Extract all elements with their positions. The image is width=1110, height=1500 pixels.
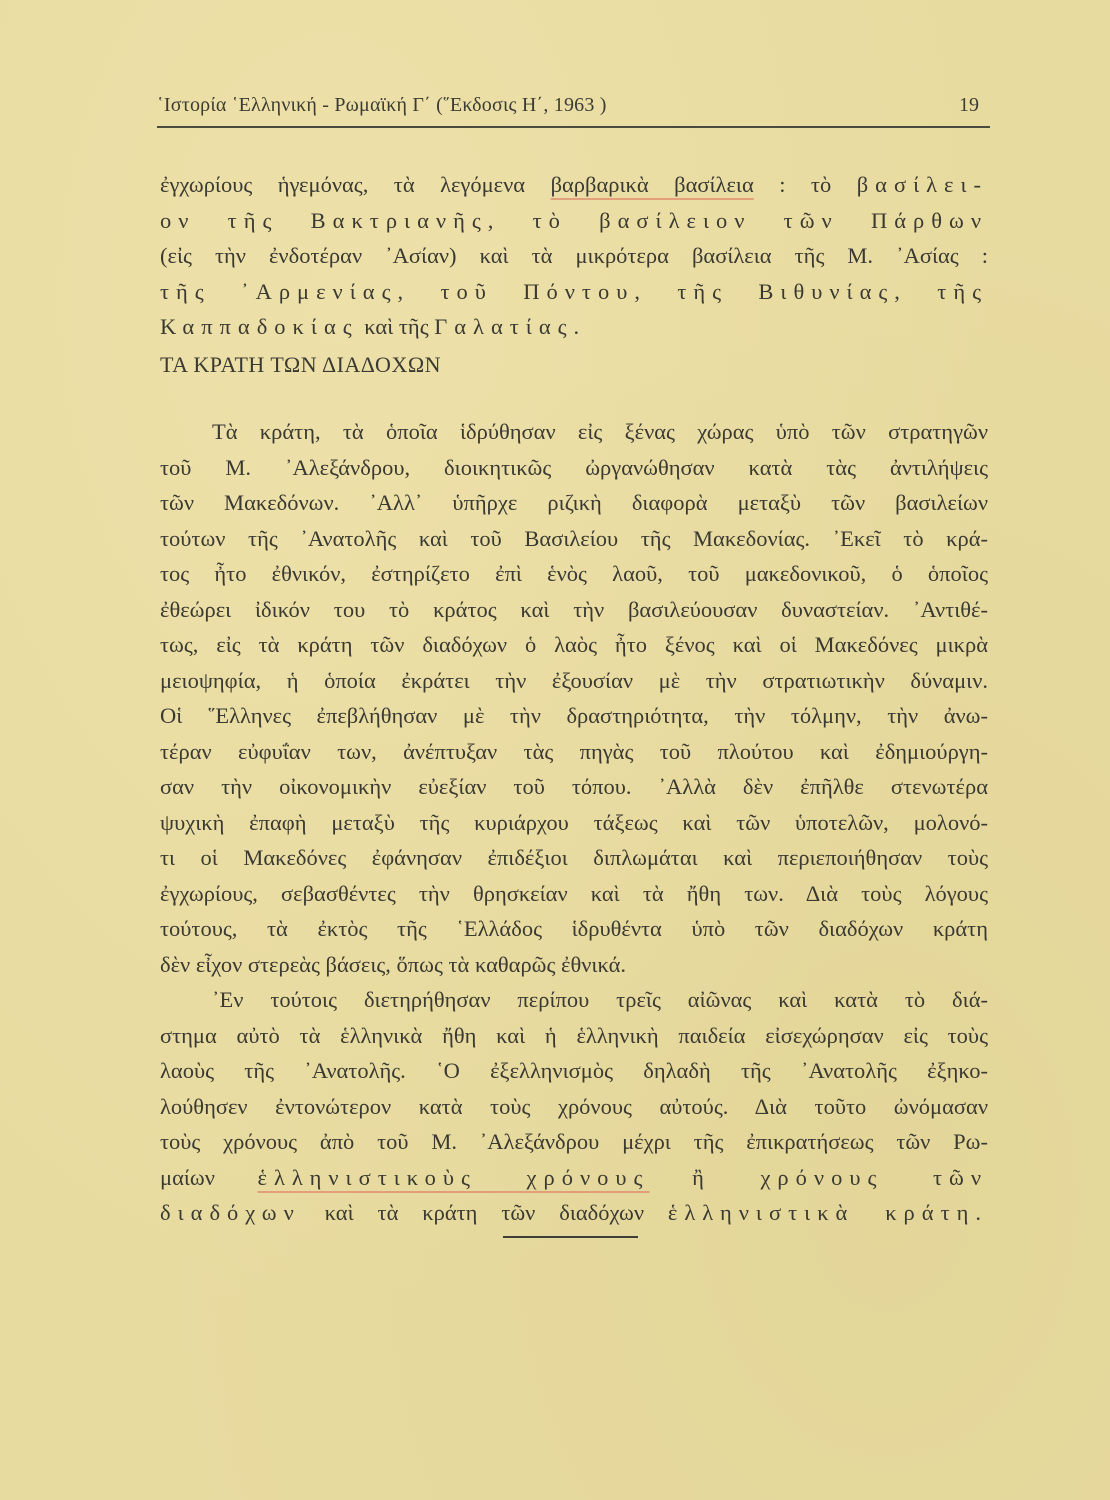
text-line: τοὺς χρόνους ἀπὸ τοῦ Μ. ᾽Αλεξάνδρου μέχρ…	[160, 1124, 988, 1160]
text-line: ἐγχωρίους ἡγεμόνας, τὰ λεγόμενα βαρβαρικ…	[160, 167, 988, 203]
text-segment: ἐγχωρίους ἡγεμόνας, τὰ λεγόμενα	[160, 172, 525, 197]
spaced-text: διαδόχων	[160, 1200, 301, 1225]
text-line: ἐθεώρει ἰδικόν του τὸ κράτος καὶ τὴν βασ…	[160, 592, 988, 628]
text-line: ον τῆς Βακτριανῆς, τὸ βασίλειον τῶν Πάρθ…	[160, 203, 988, 239]
text-line: τι οἱ Μακεδόνες ἐφάνησαν ἐπιδέξιοι διπλω…	[160, 840, 988, 876]
book-title: ῾Ιστορία ῾Ελληνική - Ρωμαϊκή Γ΄ (῞Εκδοσι…	[157, 94, 607, 117]
spaced-text: Καππαδοκίας	[160, 314, 359, 339]
scanned-page: ῾Ιστορία ῾Ελληνική - Ρωμαϊκή Γ΄ (῞Εκδοσι…	[0, 0, 1110, 1500]
spaced-text: ἢ χρόνους τῶν	[692, 1165, 988, 1190]
text-line: σαν τὴν οἰκονομικὴν εὐεξίαν τοῦ τόπου. ᾽…	[160, 769, 988, 805]
text-line: λαοὺς τῆς ᾽Ανατολῆς. ῾Ο ἐξελληνισμὸς δηλ…	[160, 1053, 988, 1089]
paragraph-1: Τὰ κράτη, τὰ ὁποῖα ἱδρύθησαν εἰς ξένας χ…	[160, 414, 988, 982]
text-line: ἐγχωρίους, σεβασθέντες τὴν θρησκείαν καὶ…	[160, 876, 988, 912]
running-head: ῾Ιστορία ῾Ελληνική - Ρωμαϊκή Γ΄ (῞Εκδοσι…	[157, 88, 987, 124]
text-segment: καὶ τὰ κράτη τῶν διαδόχων	[325, 1200, 644, 1225]
text-line: Καππαδοκίας καὶ τῆς Γαλατίας.	[160, 309, 988, 345]
text-segment: καὶ τῆς	[364, 314, 428, 339]
intro-paragraph: ἐγχωρίους ἡγεμόνας, τὰ λεγόμενα βαρβαρικ…	[160, 167, 988, 345]
text-line: ᾽Εν τούτοις διετηρήθησαν περίπου τρεῖς α…	[160, 982, 988, 1018]
text-line: τως, εἰς τὰ κράτη τῶν διαδόχων ὁ λαὸς ἦτ…	[160, 627, 988, 663]
text-line: (εἰς τὴν ἐνδοτέραν ᾽Ασίαν) καὶ τὰ μικρότ…	[160, 238, 988, 274]
text-segment: μαίων	[160, 1165, 215, 1190]
text-line: στημα αὐτὸ τὰ ἑλληνικὰ ἤθη καὶ ἡ ἑλληνικ…	[160, 1018, 988, 1054]
paragraph-2: ᾽Εν τούτοις διετηρήθησαν περίπου τρεῖς α…	[160, 982, 988, 1231]
text-line: τοῦ Μ. ᾽Αλεξάνδρου, διοικητικῶς ὠργανώθη…	[160, 450, 988, 486]
section-heading: ΤΑ ΚΡΑΤΗ ΤΩΝ ΔΙΑΔΟΧΩΝ	[160, 352, 441, 378]
header-rule	[157, 126, 990, 128]
section-end-rule	[503, 1236, 638, 1238]
text-line: τούτους, τὰ ἐκτὸς τῆς ῾Ελλάδος ἱδρυθέντα…	[160, 911, 988, 947]
text-line: τούτων τῆς ᾽Ανατολῆς καὶ τοῦ Βασιλείου τ…	[160, 521, 988, 557]
underlined-phrase: βαρβαρικὰ βασίλεια	[551, 172, 754, 197]
text-line: διαδόχων καὶ τὰ κράτη τῶν διαδόχων ἑλλην…	[160, 1195, 988, 1231]
text-line: ψυχικὴ ἐπαφὴ μεταξὺ τῆς κυριάρχου τάξεως…	[160, 805, 988, 841]
text-line: τῶν Μακεδόνων. ᾽Αλλ᾽ ὑπῆρχε ριζικὴ διαφο…	[160, 485, 988, 521]
text-line: Οἱ ῞Ελληνες ἐπεβλήθησαν μὲ τὴν δραστηριό…	[160, 698, 988, 734]
text-line: μαίων ἑλληνιστικοὺς χρόνους ἢ χρόνους τῶ…	[160, 1160, 988, 1196]
text-segment: : τὸ	[779, 172, 831, 197]
spaced-text: βασίλει-	[857, 172, 988, 197]
text-line: Τὰ κράτη, τὰ ὁποῖα ἱδρύθησαν εἰς ξένας χ…	[160, 414, 988, 450]
text-line: δὲν εἶχον στερεὰς βάσεις, ὅπως τὰ καθαρῶ…	[160, 947, 988, 983]
spaced-text: ἑλληνιστικὰ κράτη.	[668, 1200, 988, 1225]
text-line: τέραν εὐφυΐαν των, ἀνέπτυξαν τὰς πηγὰς τ…	[160, 734, 988, 770]
text-line: μειοψηφία, ἡ ὁποία ἐκράτει τὴν ἐξουσίαν …	[160, 663, 988, 699]
text-line: λούθησεν ἐντονώτερον κατὰ τοὺς χρόνους α…	[160, 1089, 988, 1125]
underlined-phrase: ἑλληνιστικοὺς χρόνους	[258, 1165, 650, 1190]
text-line: τῆς ᾽Αρμενίας, τοῦ Πόντου, τῆς Βιθυνίας,…	[160, 274, 988, 310]
text-line: τος ἦτο ἐθνικόν, ἐστηρίζετο ἐπὶ ἑνὸς λαο…	[160, 556, 988, 592]
page-number: 19	[959, 94, 979, 117]
spaced-text: Γαλατίας.	[434, 314, 586, 339]
